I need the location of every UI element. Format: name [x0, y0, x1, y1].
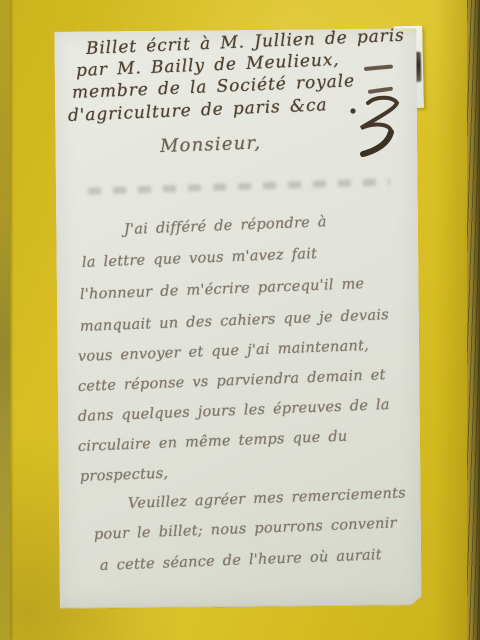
- salutation: Monsieur,: [160, 132, 262, 157]
- letter-line: pour le billet; nous pourrons convenir: [94, 515, 397, 543]
- letter-line: cette réponse vs parviendra demain et: [78, 367, 386, 395]
- letter-line: vous envoyer et que j'ai maintenant,: [78, 338, 370, 365]
- letter-line: l'honneur de m'écrire parcequ'il me: [80, 276, 365, 303]
- letter-line: a cette séance de l'heure où aurait: [100, 547, 382, 574]
- margin-dash: [364, 64, 393, 70]
- letter-line: prospectus,: [80, 466, 169, 485]
- handwriting-layer: Billet écrit à M. Jullien de paris par M…: [0, 0, 480, 640]
- photo-of-letter: Billet écrit à M. Jullien de paris par M…: [0, 0, 480, 640]
- letter-line: circulaire en même temps que du: [78, 429, 348, 455]
- letter-line: la lettre que vous m'avez fait: [82, 246, 318, 271]
- ink-bleed-through: [88, 178, 390, 194]
- letter-line: dans quelques jours les épreuves de la: [78, 397, 390, 425]
- letter-line: Veuillez agréer mes remerciements: [128, 485, 406, 512]
- letter-line: J'ai différé de répondre à: [124, 214, 327, 238]
- letter-line: manquait un des cahiers que je devais: [80, 307, 389, 335]
- ink-flourish: [346, 93, 404, 159]
